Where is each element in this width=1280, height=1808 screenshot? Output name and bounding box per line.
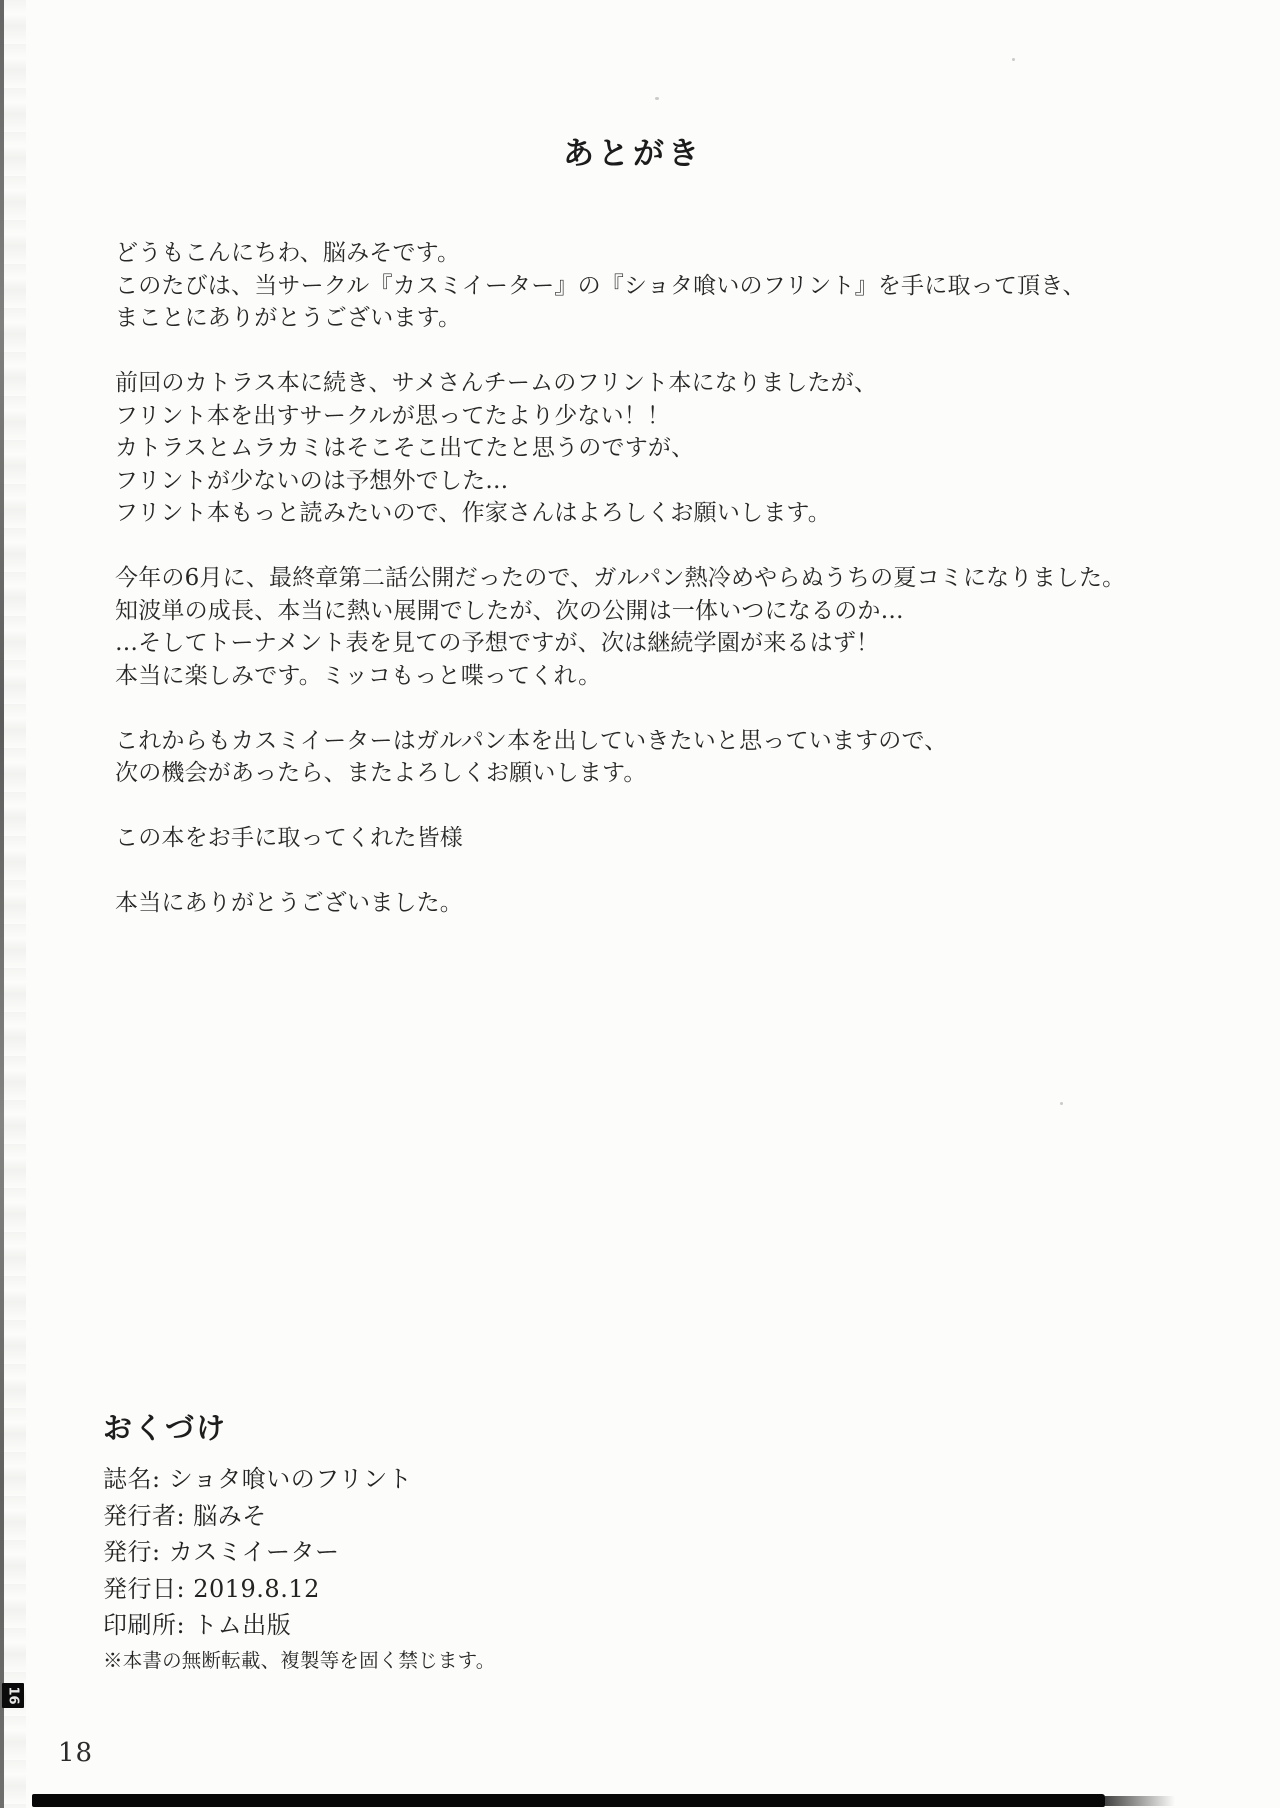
text-line: 今年の6月に、最終章第二話公開だったので、ガルパン熱冷めやらぬうちの夏コミになり… (115, 562, 1225, 595)
colophon-notice: ※本書の無断転載、複製等を固く禁じます。 (103, 1646, 803, 1676)
page-title: あとがき (0, 128, 1266, 173)
text-line: …そしてトーナメント表を見ての予想ですが、次は継続学園が来るはず！ (115, 627, 1225, 660)
colophon-heading: おくづけ (103, 1406, 803, 1447)
colophon-entry: 印刷所: トム出版 (103, 1607, 803, 1644)
paragraph: 前回のカトラス本に続き、サメさんチームのフリント本になりましたが、フリント本を出… (115, 367, 1225, 530)
text-line: このたびは、当サークル『カスミイーター』の『ショタ喰いのフリント』を手に取って頂… (115, 270, 1225, 303)
paragraph: これからもカスミイーターはガルパン本を出していきたいと思っていますので、次の機会… (115, 725, 1225, 790)
scan-bar-tail (1105, 1796, 1175, 1806)
scan-speck (1012, 58, 1015, 61)
paragraph: この本をお手に取ってくれた皆様 (115, 822, 1225, 855)
text-line: カトラスとムラカミはそこそこ出てたと思うのですが、 (115, 432, 1225, 465)
afterword-body: どうもこんにちわ、脳みそです。このたびは、当サークル『カスミイーター』の『ショタ… (115, 237, 1225, 952)
text-line: 本当にありがとうございました。 (115, 887, 1225, 920)
text-line: フリント本もっと読みたいので、作家さんはよろしくお願いします。 (115, 497, 1225, 530)
text-line: 知波単の成長、本当に熱い展開でしたが、次の公開は一体いつになるのか… (115, 595, 1225, 628)
colophon-entry: 発行: カスミイーター (103, 1534, 803, 1571)
text-line: 本当に楽しみです。ミッコもっと喋ってくれ。 (115, 660, 1225, 693)
text-line: どうもこんにちわ、脳みそです。 (115, 237, 1225, 270)
printer-registration-mark: 16 (2, 1683, 24, 1708)
text-line: この本をお手に取ってくれた皆様 (115, 822, 1225, 855)
scan-speck (655, 97, 659, 100)
scanned-page: あとがき どうもこんにちわ、脳みそです。このたびは、当サークル『カスミイーター』… (0, 0, 1280, 1808)
scan-noise-left (4, 0, 26, 1808)
paragraph: 今年の6月に、最終章第二話公開だったので、ガルパン熱冷めやらぬうちの夏コミになり… (115, 562, 1225, 692)
paragraph: 本当にありがとうございました。 (115, 887, 1225, 920)
text-line: これからもカスミイーターはガルパン本を出していきたいと思っていますので、 (115, 725, 1225, 758)
colophon-entry: 発行日: 2019.8.12 (103, 1571, 803, 1608)
text-line: まことにありがとうございます。 (115, 302, 1225, 335)
text-line: フリント本を出すサークルが思ってたより少ない！！ (115, 400, 1225, 433)
colophon-entry: 誌名: ショタ喰いのフリント (103, 1461, 803, 1498)
colophon: おくづけ 誌名: ショタ喰いのフリント発行者: 脳みそ発行: カスミイーター発行… (103, 1406, 803, 1676)
scan-speck (1060, 1102, 1063, 1105)
text-line: 前回のカトラス本に続き、サメさんチームのフリント本になりましたが、 (115, 367, 1225, 400)
colophon-entry: 発行者: 脳みそ (103, 1498, 803, 1535)
page-number: 18 (58, 1738, 93, 1768)
scan-bar-bottom (32, 1794, 1105, 1807)
paragraph: どうもこんにちわ、脳みそです。このたびは、当サークル『カスミイーター』の『ショタ… (115, 237, 1225, 335)
colophon-entries: 誌名: ショタ喰いのフリント発行者: 脳みそ発行: カスミイーター発行日: 20… (103, 1461, 803, 1644)
printer-mark-label: 16 (6, 1686, 21, 1704)
text-line: 次の機会があったら、またよろしくお願いします。 (115, 757, 1225, 790)
text-line: フリントが少ないのは予想外でした… (115, 465, 1225, 498)
